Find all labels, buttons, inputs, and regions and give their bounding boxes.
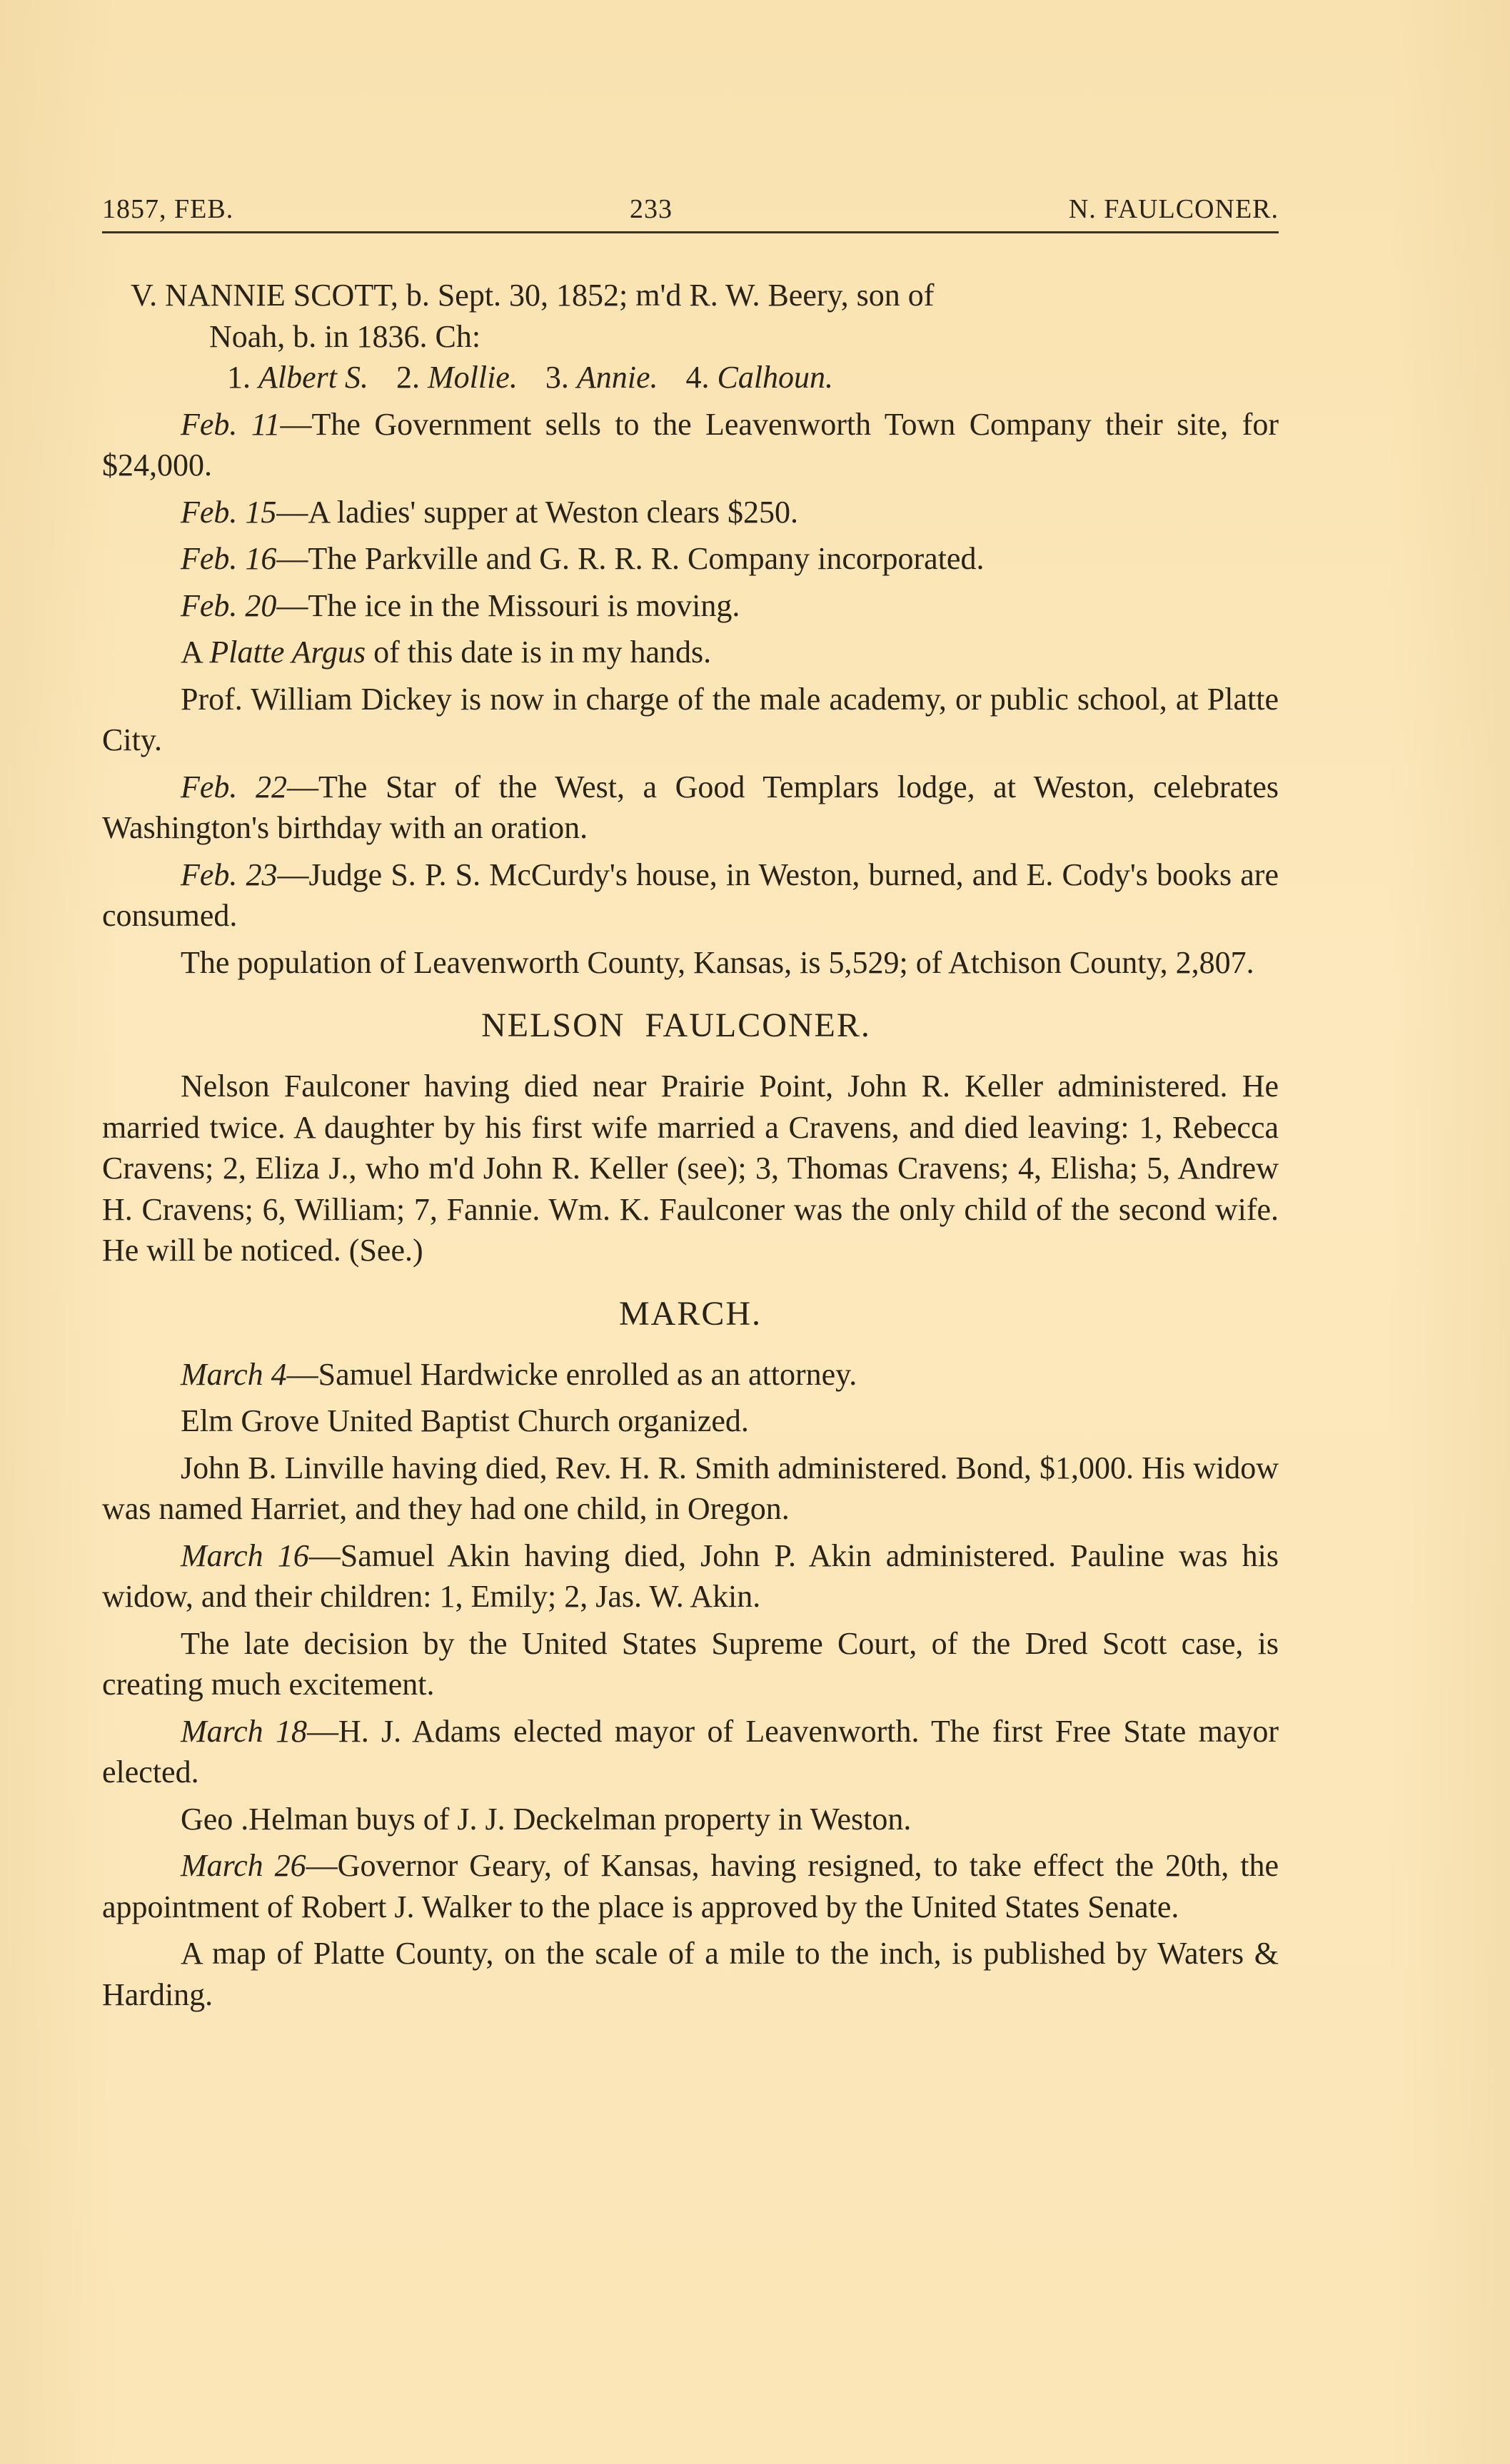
elm-grove-note: Elm Grove United Baptist Church organize… — [102, 1400, 1279, 1442]
page-number: 233 — [630, 191, 673, 227]
entry-march-26: March 26—Governor Geary, of Kansas, havi… — [102, 1845, 1279, 1927]
entry-date: Feb. 23 — [181, 857, 278, 892]
entry-march-16: March 16—Samuel Akin having died, John P… — [102, 1535, 1279, 1617]
entry-feb-23: Feb. 23—Judge S. P. S. McCurdy's house, … — [102, 854, 1279, 936]
entry-feb-16: Feb. 16—The Parkville and G. R. R. R. Co… — [102, 538, 1279, 580]
dred-scott-note: The late decision by the United States S… — [102, 1623, 1279, 1705]
entry-date: March 16 — [181, 1538, 309, 1573]
scott-children-list: 1. Albert S. 2. Mollie. 3. Annie. 4. Cal… — [131, 357, 1279, 398]
linville-note: John B. Linville having died, Rev. H. R.… — [102, 1448, 1279, 1530]
body-text: V. NANNIE SCOTT, b. Sept. 30, 1852; m'd … — [102, 275, 1279, 2015]
child-item: 3. Annie. — [545, 360, 658, 395]
running-head: 1857, FEB. 233 N. FAULCONER. — [102, 191, 1279, 231]
child-item: 1. Albert S. — [227, 360, 368, 395]
entry-march-18: March 18—H. J. Adams elected mayor of Le… — [102, 1711, 1279, 1793]
entry-date: Feb. 16 — [181, 541, 276, 576]
helman-note: Geo .Helman buys of J. J. Deckelman prop… — [102, 1799, 1279, 1840]
entry-march-4: March 4—Samuel Hardwicke enrolled as an … — [102, 1354, 1279, 1395]
section-heading-nelson-faulconer: NELSON FAULCONER. — [74, 1004, 1279, 1047]
entry-date: Feb. 22 — [181, 769, 287, 804]
entry-date: March 18 — [181, 1714, 307, 1749]
child-item: 4. Calhoun. — [685, 360, 833, 395]
scott-entry: V. NANNIE SCOTT, b. Sept. 30, 1852; m'd … — [131, 275, 1279, 398]
entry-feb-11: Feb. 11—The Government sells to the Leav… — [102, 404, 1279, 486]
entry-feb-20: Feb. 20—The ice in the Missouri is movin… — [102, 585, 1279, 627]
newspaper-title: Platte Argus — [209, 635, 366, 670]
population-note: The population of Leavenworth County, Ka… — [102, 942, 1279, 984]
entry-date: March 4 — [181, 1357, 287, 1392]
map-note: A map of Platte County, on the scale of … — [102, 1933, 1279, 2015]
running-head-subject: N. FAULCONER. — [1069, 191, 1279, 227]
entry-date: Feb. 15 — [181, 495, 276, 530]
section-heading-march: MARCH. — [102, 1293, 1279, 1335]
entry-feb-15: Feb. 15—A ladies' supper at Weston clear… — [102, 492, 1279, 533]
scott-entry-line-1: V. NANNIE SCOTT, b. Sept. 30, 1852; m'd … — [131, 275, 1279, 357]
platte-argus-note: A Platte Argus of this date is in my han… — [102, 632, 1279, 673]
book-page: 1857, FEB. 233 N. FAULCONER. V. NANNIE S… — [102, 191, 1279, 2021]
entry-date: March 26 — [181, 1848, 306, 1883]
nelson-faulconer-paragraph: Nelson Faulconer having died near Prairi… — [102, 1066, 1279, 1271]
dickey-note: Prof. William Dickey is now in charge of… — [102, 679, 1279, 761]
header-rule — [102, 231, 1279, 233]
entry-feb-22: Feb. 22—The Star of the West, a Good Tem… — [102, 767, 1279, 849]
entry-date: Feb. 20 — [181, 588, 276, 623]
running-head-date: 1857, FEB. — [102, 191, 233, 227]
entry-date: Feb. 11 — [181, 407, 281, 442]
child-item: 2. Mollie. — [396, 360, 518, 395]
